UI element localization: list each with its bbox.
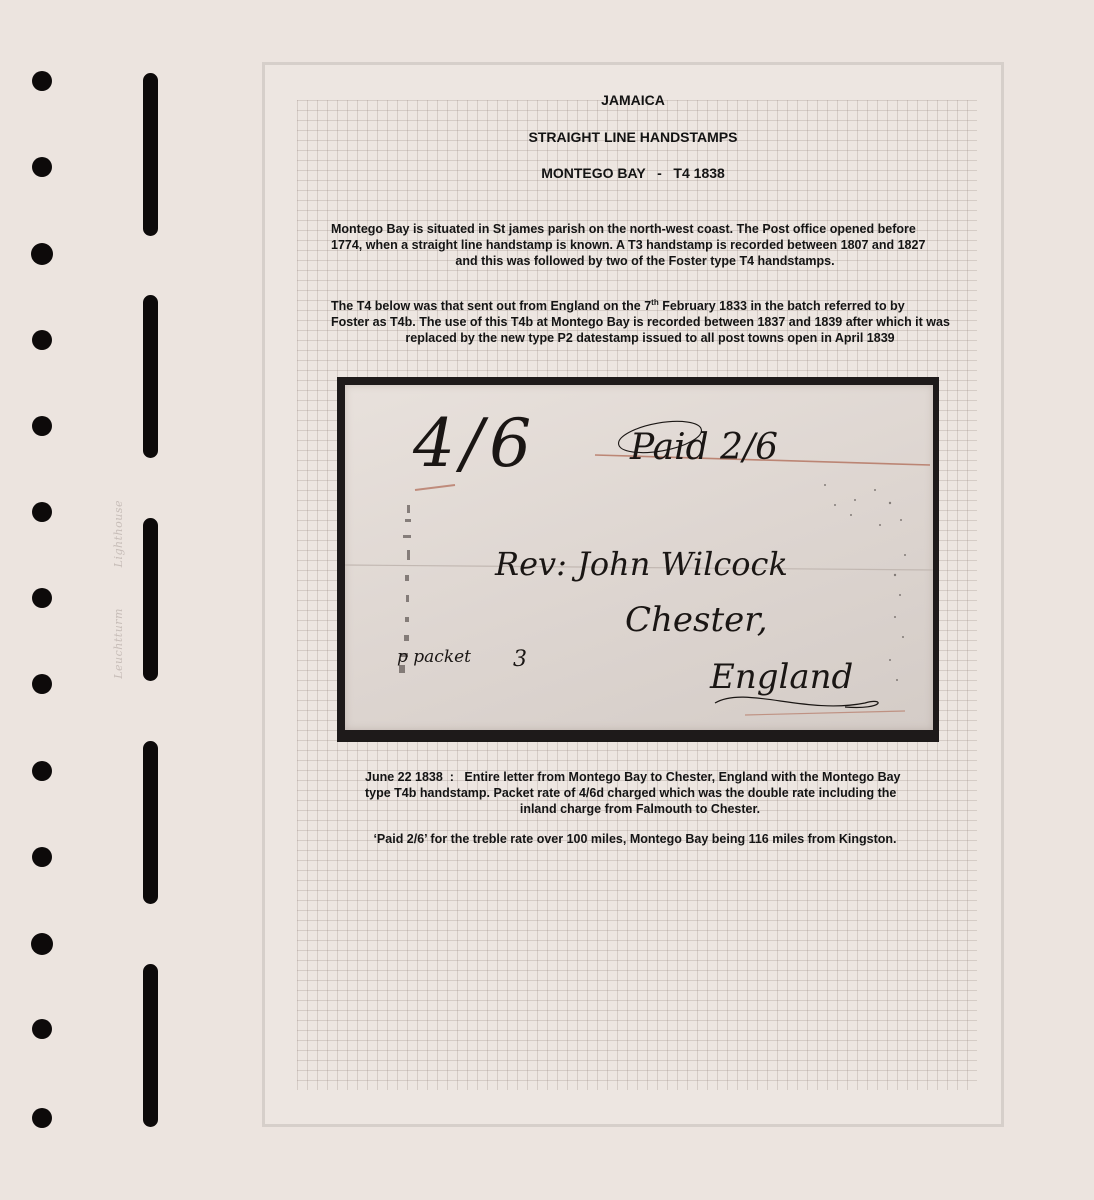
route-note-packet: p packet — [397, 647, 471, 667]
caption-line: inland charge from Falmouth to Chester. — [345, 801, 935, 817]
intro-line: Montego Bay is situated in St james pari… — [320, 221, 1000, 237]
binder-slot — [143, 73, 158, 236]
rate-marking-4-6: 4/6 — [413, 405, 537, 482]
address-country: England — [710, 657, 853, 697]
entire-letter-cover: 4/6 Paid 2/6 Rev: John Wilcock Chester, … — [345, 385, 933, 730]
binder-hole — [32, 1019, 52, 1039]
cover-footnote: ‘Paid 2/6’ for the treble rate over 100 … — [345, 831, 925, 847]
binder-hole — [32, 330, 52, 350]
intro-paragraph: Montego Bay is situated in St james pari… — [320, 221, 1000, 269]
t4-line: The T4 below was that sent out from Engl… — [320, 295, 1000, 314]
address-city: Chester, — [625, 600, 768, 640]
page-subtitle: STRAIGHT LINE HANDSTAMPS — [262, 129, 1004, 145]
faint-backstamp — [824, 484, 906, 681]
caption-line: type T4b handstamp. Packet rate of 4/6d … — [345, 785, 935, 801]
binder-hole — [32, 71, 52, 91]
t4-line: replaced by the new type P2 datestamp is… — [320, 330, 1000, 346]
red-crayon-stroke — [415, 485, 455, 490]
addressee: Rev: John Wilcock — [495, 545, 788, 583]
brand-watermark-leuchtturm: Leuchtturm — [112, 608, 125, 679]
flourish — [715, 697, 878, 707]
paid-marking: Paid 2/6 — [630, 427, 778, 468]
binder-hole — [32, 502, 52, 522]
intro-line: 1774, when a straight line handstamp is … — [320, 237, 1000, 253]
page-heading: MONTEGO BAY - T4 1838 — [262, 165, 1004, 181]
page-title: JAMAICA — [262, 92, 1004, 108]
brand-watermark-lighthouse: Lighthouse — [112, 500, 125, 567]
intro-line: and this was followed by two of the Fost… — [320, 253, 1000, 269]
binder-slot — [143, 518, 158, 681]
binder-hole — [31, 933, 53, 955]
red-crayon-stroke — [745, 711, 905, 715]
binder-hole — [32, 674, 52, 694]
caption-line: June 22 1838 : Entire letter from Monteg… — [345, 769, 935, 785]
binder-slot — [143, 741, 158, 904]
binder-hole — [32, 588, 52, 608]
binder-slot — [143, 964, 158, 1127]
binder-hole — [32, 1108, 52, 1128]
t4-line: Foster as T4b. The use of this T4b at Mo… — [320, 314, 1000, 330]
route-note-number: 3 — [513, 647, 527, 672]
binder-hole — [32, 157, 52, 177]
binder-hole — [32, 847, 52, 867]
binder-slot — [143, 295, 158, 458]
t4-paragraph: The T4 below was that sent out from Engl… — [320, 295, 1000, 346]
binder-hole — [32, 761, 52, 781]
binder-hole — [32, 416, 52, 436]
binder-hole — [31, 243, 53, 265]
cover-caption: June 22 1838 : Entire letter from Monteg… — [345, 769, 935, 817]
